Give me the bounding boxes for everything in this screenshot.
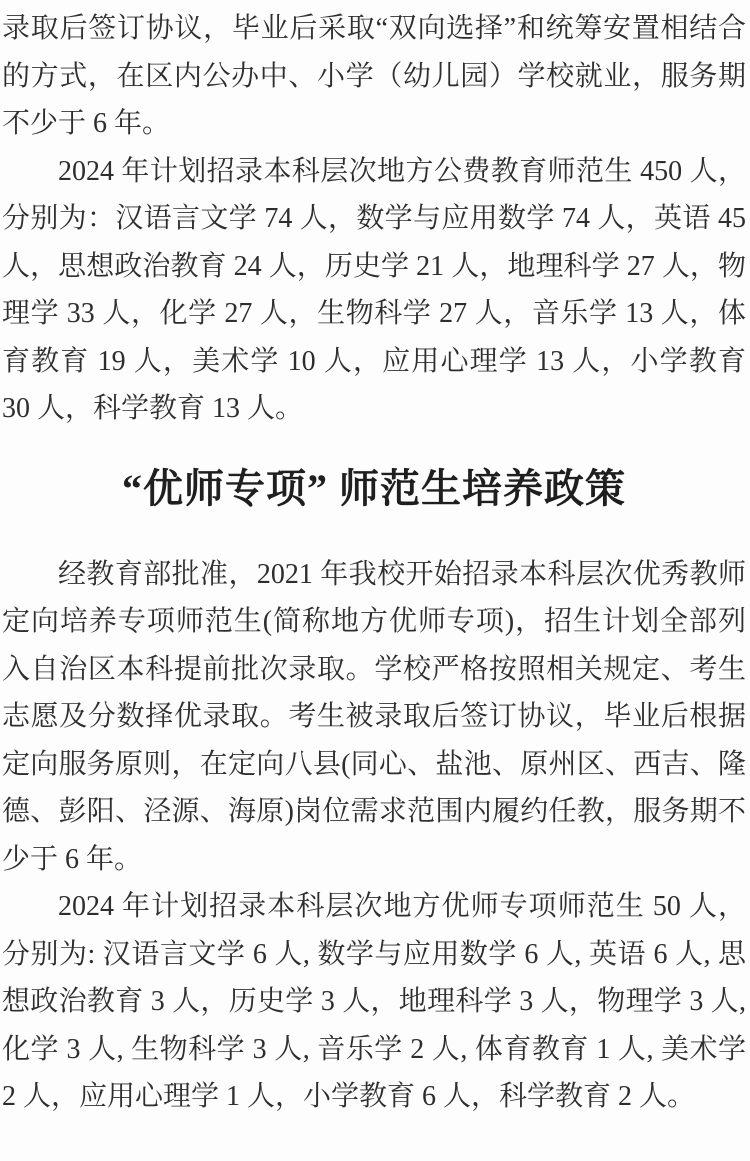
section-heading-youshi-special: “优师专项” 师范生培养政策 xyxy=(2,463,746,515)
paragraph-youshi-intro: 经教育部批准，2021 年我校开始招录本科层次优秀教师定向培养专项师范生(简称地… xyxy=(2,551,746,884)
document-page: 录取后签订协议，毕业后采取“双向选择”和统筹安置相结合的方式，在区内公办中、小学… xyxy=(0,0,750,1161)
paragraph-public-funded-continuation: 录取后签订协议，毕业后采取“双向选择”和统筹安置相结合的方式，在区内公办中、小学… xyxy=(2,5,746,148)
paragraph-youshi-plan-2024: 2024 年计划招录本科层次地方优师专项师范生 50 人，分别为: 汉语言文学 … xyxy=(2,883,746,1121)
paragraph-public-funded-plan-2024: 2024 年计划招录本科层次地方公费教育师范生 450 人，分别为：汉语言文学 … xyxy=(2,148,746,433)
